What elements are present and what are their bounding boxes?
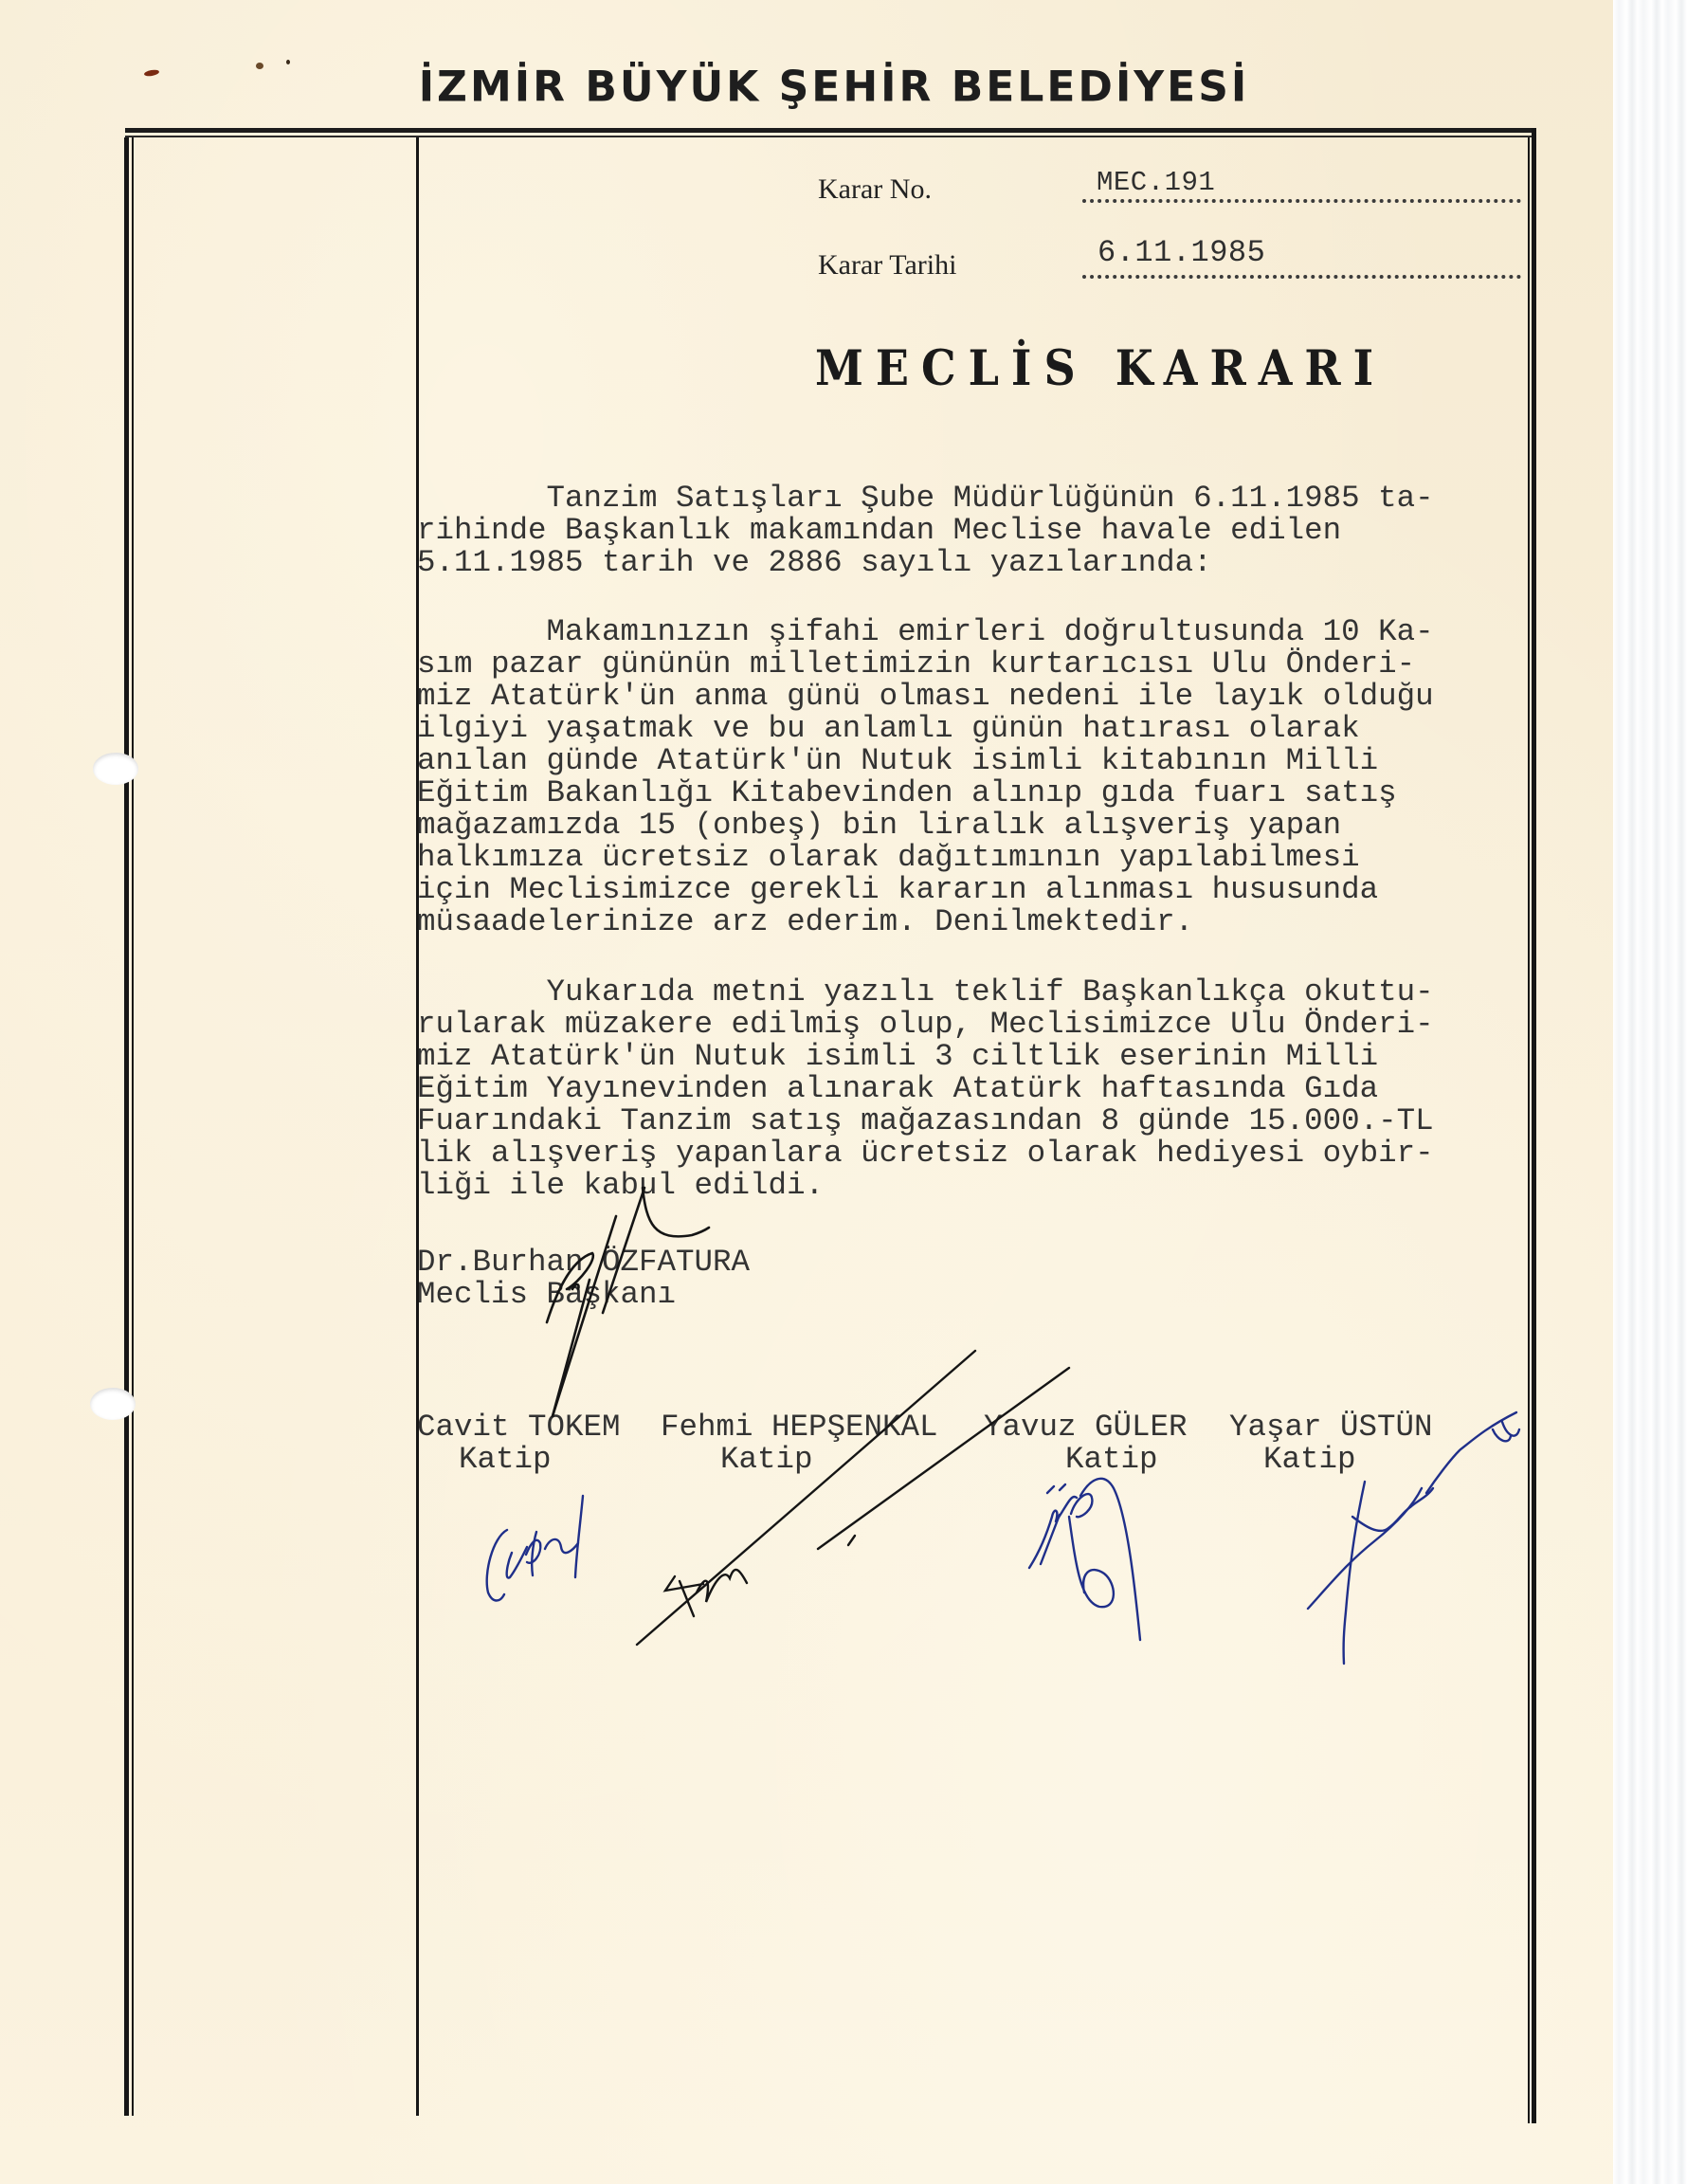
- president-signature: [0, 0, 1687, 2184]
